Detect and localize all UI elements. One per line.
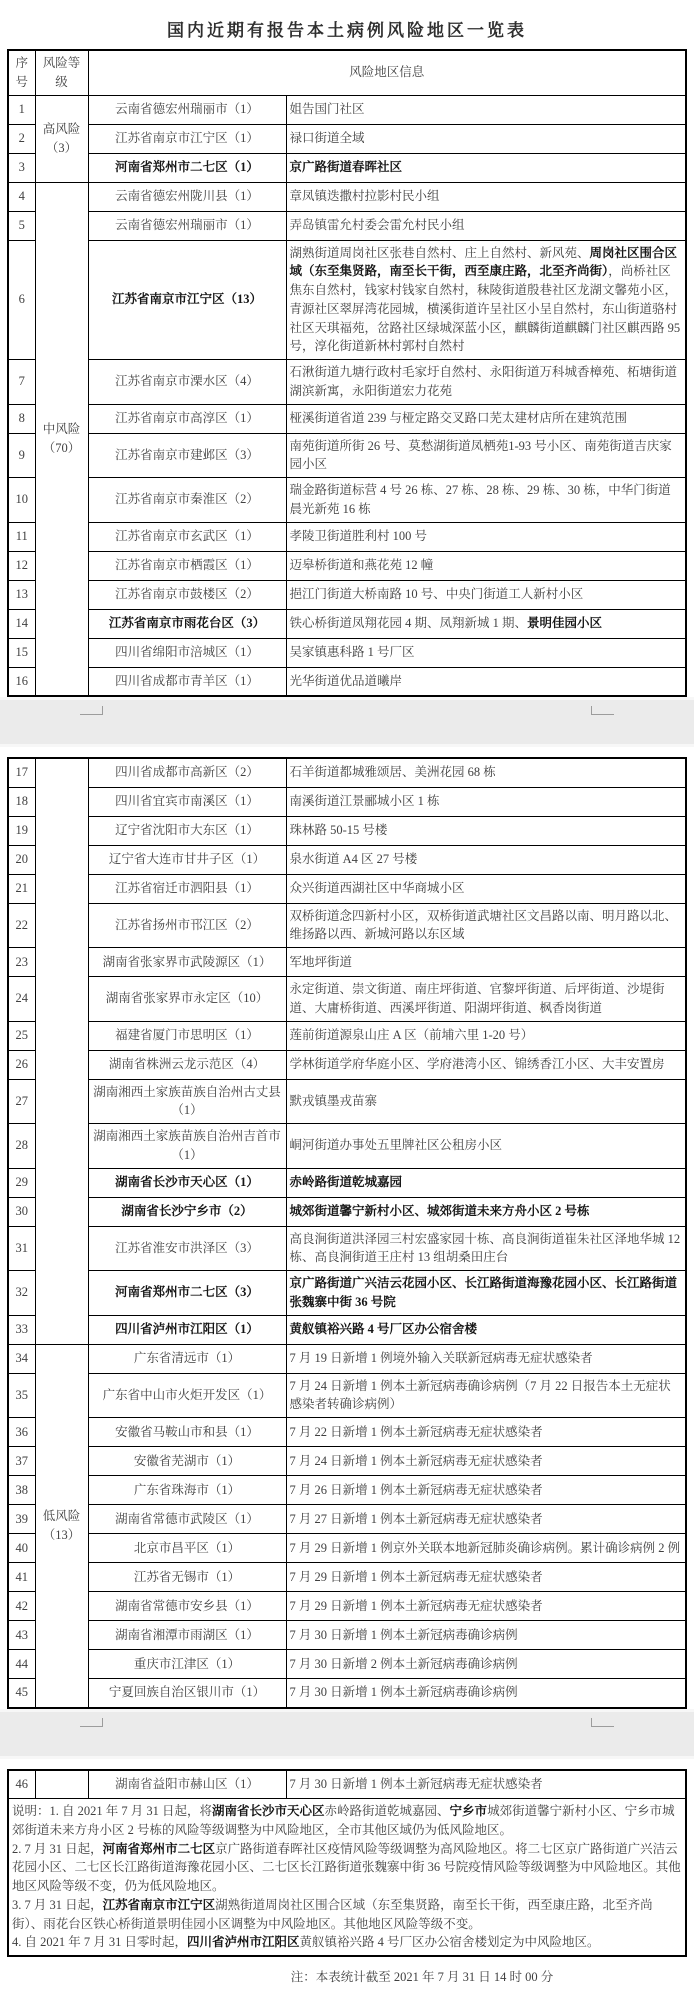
table-row: 46湖南省益阳市赫山区（1）7 月 30 日新增 1 例本土新冠病毒无症状感染者: [8, 1770, 686, 1799]
table-row: 40北京市昌平区（1）7 月 29 日新增 1 例京外关联本地新冠肺炎确诊病例。…: [8, 1534, 686, 1563]
details-text: 石湫街道九塘行政村毛家圩自然村、永阳街道万科城香樟苑、柘塘街道湖滨新寓，永阳街道…: [290, 365, 678, 398]
details-cell: 迈皋桥街道和燕花苑 12 幢: [286, 551, 686, 580]
details-cell: 7 月 30 日新增 1 例本土新冠病毒确诊病例: [286, 1621, 686, 1650]
footer-note: 注：本表统计截至 2021 年 7 月 31 日 14 时 00 分: [7, 1957, 687, 2003]
row-number-cell: 42: [8, 1592, 35, 1621]
details-text: 众兴街道西湖社区中华商城小区: [290, 881, 465, 895]
details-text: 赤岭路街道乾城嘉园: [290, 1175, 403, 1189]
region-cell: 湖南湘西土家族苗族自治州古丈县（1）: [88, 1079, 286, 1124]
row-number-cell: 21: [8, 874, 35, 903]
note-text: 黄舣镇裕兴路 4 号厂区办公宿舍楼划定为中风险地区。: [300, 1935, 600, 1949]
details-cell: 吴家镇惠科路 1 号厂区: [286, 638, 686, 667]
page-margin-mark: [80, 1718, 103, 1727]
table-row: 15四川省绵阳市涪城区（1）吴家镇惠科路 1 号厂区: [8, 638, 686, 667]
details-cell: 章凤镇迭撒村拉影村民小组: [286, 182, 686, 211]
header-serial-number: 序号: [8, 50, 35, 95]
details-text: 禄口街道全域: [290, 131, 365, 145]
details-text: 孝陵卫街道胜利村 100 号: [290, 529, 428, 543]
row-number-cell: 44: [8, 1650, 35, 1679]
details-text: 莲前街道源泉山庄 A 区（前埔六里 1-20 号）: [290, 1028, 534, 1042]
table-row: 13江苏省南京市鼓楼区（2）挹江门街道大桥南路 10 号、中央门街道工人新村小区: [8, 580, 686, 609]
risk-level-cell: 中风险 （70）: [35, 182, 88, 696]
region-cell: 湖南省常德市安乡县（1）: [88, 1592, 286, 1621]
table-row: 22江苏省扬州市邗江区（2）双桥街道念四新村小区，双桥街道武塘社区文昌路以南、明…: [8, 903, 686, 948]
region-cell: 河南省郑州市二七区（3）: [88, 1271, 286, 1316]
table-row: 26湖南省株洲云龙示范区（4）学林街道学府华庭小区、学府港湾小区、锦绣香江小区、…: [8, 1050, 686, 1079]
details-text: 7 月 22 日新增 1 例本土新冠病毒无症状感染者: [290, 1425, 543, 1439]
details-cell: 孝陵卫街道胜利村 100 号: [286, 522, 686, 551]
risk-level-cell: [35, 1770, 88, 1799]
notes-row: 说明：1. 自 2021 年 7 月 31 日起，将湖南省长沙市天心区赤岭路街道…: [8, 1799, 686, 1957]
region-cell: 河南省郑州市二七区（1）: [88, 153, 286, 182]
details-cell: 瑞金路街道标营 4 号 26 栋、27 栋、28 栋、29 栋、30 栋，中华门…: [286, 478, 686, 523]
region-cell: 四川省成都市青羊区（1）: [88, 667, 286, 696]
page-2: 17四川省成都市高新区（2）石羊街道都城雅颂居、美洲花园 68 栋18四川省宜宾…: [0, 747, 694, 1709]
page-margin-mark: [591, 706, 614, 715]
details-text: 7 月 19 日新增 1 例境外输入关联新冠病毒无症状感染者: [290, 1351, 593, 1365]
note-text: 赤岭路街道乾城嘉园、: [325, 1804, 450, 1818]
row-number-cell: 18: [8, 787, 35, 816]
row-number-cell: 10: [8, 478, 35, 523]
page-title: 国内近期有报告本土病例风险地区一览表: [7, 0, 687, 49]
table-row: 44重庆市江津区（1）7 月 30 日新增 2 例本土新冠病毒确诊病例: [8, 1650, 686, 1679]
details-cell: 弄岛镇雷允村委会雷允村民小组: [286, 211, 686, 240]
row-number-cell: 13: [8, 580, 35, 609]
details-text: 7 月 24 日新增 1 例本土新冠病毒确诊病例（7 月 22 日报告本土无症状…: [290, 1379, 671, 1412]
note-text: 河南省郑州市二七区: [103, 1842, 216, 1856]
table-row: 9江苏省南京市建邺区（3）南苑街道所街 26 号、莫愁湖街道凤栖苑1-93 号小…: [8, 433, 686, 478]
row-number-cell: 32: [8, 1271, 35, 1316]
details-cell: 军地坪街道: [286, 948, 686, 977]
details-cell: 珠林路 50-15 号楼: [286, 816, 686, 845]
note-text: 2. 7 月 31 日起，: [12, 1842, 103, 1856]
details-cell: 泉水街道 A4 区 27 号楼: [286, 845, 686, 874]
region-cell: 宁夏回族自治区银川市（1）: [88, 1679, 286, 1708]
region-cell: 湖南省常德市武陵区（1）: [88, 1505, 286, 1534]
table-row: 38广东省珠海市（1）7 月 26 日新增 1 例本土新冠病毒无症状感染者: [8, 1476, 686, 1505]
details-cell: 7 月 24 日新增 1 例本土新冠病毒确诊病例（7 月 22 日报告本土无症状…: [286, 1373, 686, 1418]
details-cell: 铁心桥街道凤翔花园 4 期、凤翔新城 1 期、景明佳园小区: [286, 609, 686, 638]
details-text: 7 月 30 日新增 1 例本土新冠病毒无症状感染者: [290, 1777, 543, 1791]
table-row: 10江苏省南京市秦淮区（2）瑞金路街道标营 4 号 26 栋、27 栋、28 栋…: [8, 478, 686, 523]
details-text: 7 月 26 日新增 1 例本土新冠病毒无症状感染者: [290, 1483, 543, 1497]
row-number-cell: 39: [8, 1505, 35, 1534]
region-cell: 湖南省张家界市武陵源区（1）: [88, 948, 286, 977]
details-text: 铁心桥街道凤翔花园 4 期、凤翔新城 1 期、: [290, 616, 528, 630]
region-cell: 云南省德宏州瑞丽市（1）: [88, 211, 286, 240]
table-row: 41江苏省无锡市（1）7 月 29 日新增 1 例本土新冠病毒无症状感染者: [8, 1563, 686, 1592]
table-row: 24湖南省张家界市永定区（10）永定街道、崇文街道、南庄坪街道、官黎坪街道、后坪…: [8, 977, 686, 1022]
details-cell: 姐告国门社区: [286, 95, 686, 124]
details-text: 军地坪街道: [290, 955, 353, 969]
note-text: 四川省泸州市江阳区: [187, 1935, 300, 1949]
details-cell: 7 月 29 日新增 1 例本土新冠病毒无症状感染者: [286, 1592, 686, 1621]
details-text: 京广路街道春晖社区: [290, 160, 403, 174]
risk-level-cell: 低风险 （13）: [35, 1344, 88, 1708]
row-number-cell: 43: [8, 1621, 35, 1650]
risk-level-cell: 高风险 （3）: [35, 95, 88, 182]
row-number-cell: 24: [8, 977, 35, 1022]
details-text: 7 月 27 日新增 1 例本土新冠病毒无症状感染者: [290, 1512, 543, 1526]
region-cell: 福建省厦门市思明区（1）: [88, 1021, 286, 1050]
row-number-cell: 19: [8, 816, 35, 845]
details-cell: 南溪街道江景郦城小区 1 栋: [286, 787, 686, 816]
row-number-cell: 9: [8, 433, 35, 478]
table-row: 16四川省成都市青羊区（1）光华街道优品道曦岸: [8, 667, 686, 696]
details-text: 景明佳园小区: [527, 616, 602, 630]
region-cell: 江苏省南京市高淳区（1）: [88, 404, 286, 433]
region-cell: 四川省绵阳市涪城区（1）: [88, 638, 286, 667]
details-cell: 桠溪街道省道 239 与桠定路交叉路口芜太建材店所在建筑范围: [286, 404, 686, 433]
details-text: 桠溪街道省道 239 与桠定路交叉路口芜太建材店所在建筑范围: [290, 411, 628, 425]
details-text: 石羊街道都城雅颂居、美洲花园 68 栋: [290, 765, 496, 779]
table-row: 37安徽省芜湖市（1）7 月 24 日新增 1 例本土新冠病毒无症状感染者: [8, 1447, 686, 1476]
row-number-cell: 45: [8, 1679, 35, 1708]
region-cell: 云南省德宏州瑞丽市（1）: [88, 95, 286, 124]
table-row: 36安徽省马鞍山市和县（1）7 月 22 日新增 1 例本土新冠病毒无症状感染者: [8, 1418, 686, 1447]
table-row: 1高风险 （3）云南省德宏州瑞丽市（1）姐告国门社区: [8, 95, 686, 124]
region-cell: 江苏省淮安市洪泽区（3）: [88, 1226, 286, 1271]
notes-cell: 说明：1. 自 2021 年 7 月 31 日起，将湖南省长沙市天心区赤岭路街道…: [8, 1799, 686, 1957]
row-number-cell: 2: [8, 124, 35, 153]
row-number-cell: 40: [8, 1534, 35, 1563]
note-line: 4. 自 2021 年 7 月 31 日零时起，四川省泸州市江阳区黄舣镇裕兴路 …: [12, 1933, 682, 1952]
details-text: 珠林路 50-15 号楼: [290, 823, 388, 837]
region-cell: 安徽省芜湖市（1）: [88, 1447, 286, 1476]
table-row: 33四川省泸州市江阳区（1）黄舣镇裕兴路 4 号厂区办公宿舍楼: [8, 1315, 686, 1344]
row-number-cell: 6: [8, 240, 35, 360]
region-cell: 江苏省南京市栖霞区（1）: [88, 551, 286, 580]
table-row: 39湖南省常德市武陵区（1）7 月 27 日新增 1 例本土新冠病毒无症状感染者: [8, 1505, 686, 1534]
details-cell: 7 月 22 日新增 1 例本土新冠病毒无症状感染者: [286, 1418, 686, 1447]
details-cell: 挹江门街道大桥南路 10 号、中央门街道工人新村小区: [286, 580, 686, 609]
details-text: 城郊街道馨宁新村小区、城郊街道未来方舟小区 2 号栋: [290, 1204, 590, 1218]
details-cell: 光华街道优品道曦岸: [286, 667, 686, 696]
details-cell: 南苑街道所街 26 号、莫愁湖街道凤栖苑1-93 号小区、南苑街道吉庆家园小区: [286, 433, 686, 478]
row-number-cell: 26: [8, 1050, 35, 1079]
page-3: 46湖南省益阳市赫山区（1）7 月 30 日新增 1 例本土新冠病毒无症状感染者…: [0, 1759, 694, 2003]
region-cell: 重庆市江津区（1）: [88, 1650, 286, 1679]
details-text: 挹江门街道大桥南路 10 号、中央门街道工人新村小区: [290, 587, 584, 601]
details-cell: 学林街道学府华庭小区、学府港湾小区、锦绣香江小区、大丰安置房: [286, 1050, 686, 1079]
details-cell: 峒河街道办事处五里牌社区公租房小区: [286, 1124, 686, 1169]
table-row: 29湖南省长沙市天心区（1）赤岭路街道乾城嘉园: [8, 1168, 686, 1197]
region-cell: 湖南省长沙市天心区（1）: [88, 1168, 286, 1197]
details-cell: 湖熟街道周岗社区张巷自然村、庄上自然村、新风苑、周岗社区围合区域（东至集贤路，南…: [286, 240, 686, 360]
details-text: 黄舣镇裕兴路 4 号厂区办公宿舍楼: [290, 1322, 478, 1336]
details-text: 7 月 29 日新增 1 例本土新冠病毒无症状感染者: [290, 1570, 543, 1584]
page-break: [0, 1709, 694, 1759]
region-cell: 江苏省宿迁市泗阳县（1）: [88, 874, 286, 903]
details-cell: 黄舣镇裕兴路 4 号厂区办公宿舍楼: [286, 1315, 686, 1344]
details-text: 湖熟街道周岗社区张巷自然村、庄上自然村、新风苑、: [290, 246, 590, 260]
table-row: 30湖南省长沙宁乡市（2）城郊街道馨宁新村小区、城郊街道未来方舟小区 2 号栋: [8, 1197, 686, 1226]
details-cell: 赤岭路街道乾城嘉园: [286, 1168, 686, 1197]
table-row: 42湖南省常德市安乡县（1）7 月 29 日新增 1 例本土新冠病毒无症状感染者: [8, 1592, 686, 1621]
details-text: 永定街道、崇文街道、南庄坪街道、官黎坪街道、后坪街道、沙堤街道、大庸桥街道、西溪…: [290, 982, 665, 1015]
details-text: 7 月 30 日新增 2 例本土新冠病毒确诊病例: [290, 1657, 518, 1671]
table-row: 6江苏省南京市江宁区（13）湖熟街道周岗社区张巷自然村、庄上自然村、新风苑、周岗…: [8, 240, 686, 360]
details-cell: 7 月 30 日新增 1 例本土新冠病毒无症状感染者: [286, 1770, 686, 1799]
details-text: 7 月 29 日新增 1 例京外关联本地新冠肺炎确诊病例。累计确诊病例 2 例: [290, 1541, 681, 1555]
details-text: 峒河街道办事处五里牌社区公租房小区: [290, 1138, 503, 1152]
region-cell: 江苏省南京市玄武区（1）: [88, 522, 286, 551]
details-cell: 7 月 29 日新增 1 例京外关联本地新冠肺炎确诊病例。累计确诊病例 2 例: [286, 1534, 686, 1563]
region-cell: 辽宁省大连市甘井子区（1）: [88, 845, 286, 874]
note-text: 江苏省南京市江宁区: [103, 1898, 216, 1912]
details-cell: 7 月 24 日新增 1 例本土新冠病毒无症状感染者: [286, 1447, 686, 1476]
details-text: 7 月 30 日新增 1 例本土新冠病毒确诊病例: [290, 1628, 518, 1642]
region-cell: 江苏省南京市鼓楼区（2）: [88, 580, 286, 609]
table-row: 43湖南省湘潭市雨湖区（1）7 月 30 日新增 1 例本土新冠病毒确诊病例: [8, 1621, 686, 1650]
table-row: 14江苏省南京市雨花台区（3）铁心桥街道凤翔花园 4 期、凤翔新城 1 期、景明…: [8, 609, 686, 638]
details-text: 京广路街道广兴洁云花园小区、长江路街道海豫花园小区、长江路街道张魏寨中街 36 …: [290, 1276, 678, 1309]
row-number-cell: 46: [8, 1770, 35, 1799]
table-row: 32河南省郑州市二七区（3）京广路街道广兴洁云花园小区、长江路街道海豫花园小区、…: [8, 1271, 686, 1316]
region-cell: 江苏省南京市秦淮区（2）: [88, 478, 286, 523]
table-row: 34低风险 （13）广东省清远市（1）7 月 19 日新增 1 例境外输入关联新…: [8, 1344, 686, 1373]
region-cell: 北京市昌平区（1）: [88, 1534, 286, 1563]
details-cell: 7 月 26 日新增 1 例本土新冠病毒无症状感染者: [286, 1476, 686, 1505]
risk-table-page-2: 17四川省成都市高新区（2）石羊街道都城雅颂居、美洲花园 68 栋18四川省宜宾…: [7, 757, 687, 1709]
page-1: 国内近期有报告本土病例风险地区一览表 序号 风险等级 风险地区信息 1高风险 （…: [0, 0, 694, 697]
region-cell: 湖南省张家界市永定区（10）: [88, 977, 286, 1022]
document: 国内近期有报告本土病例风险地区一览表 序号 风险等级 风险地区信息 1高风险 （…: [0, 0, 694, 2003]
note-line: 说明：1. 自 2021 年 7 月 31 日起，将湖南省长沙市天心区赤岭路街道…: [12, 1802, 682, 1840]
region-cell: 江苏省南京市雨花台区（3）: [88, 609, 286, 638]
table-row: 7江苏省南京市溧水区（4）石湫街道九塘行政村毛家圩自然村、永阳街道万科城香樟苑、…: [8, 360, 686, 405]
row-number-cell: 28: [8, 1124, 35, 1169]
table-row: 4中风险 （70）云南省德宏州陇川县（1）章凤镇迭撒村拉影村民小组: [8, 182, 686, 211]
region-cell: 四川省宜宾市南溪区（1）: [88, 787, 286, 816]
row-number-cell: 38: [8, 1476, 35, 1505]
table-row: 8江苏省南京市高淳区（1）桠溪街道省道 239 与桠定路交叉路口芜太建材店所在建…: [8, 404, 686, 433]
row-number-cell: 37: [8, 1447, 35, 1476]
details-text: 7 月 29 日新增 1 例本土新冠病毒无症状感染者: [290, 1599, 543, 1613]
details-text: 瑞金路街道标营 4 号 26 栋、27 栋、28 栋、29 栋、30 栋，中华门…: [290, 483, 671, 516]
details-cell: 石湫街道九塘行政村毛家圩自然村、永阳街道万科城香樟苑、柘塘街道湖滨新寓，永阳街道…: [286, 360, 686, 405]
details-cell: 7 月 19 日新增 1 例境外输入关联新冠病毒无症状感染者: [286, 1344, 686, 1373]
table-row: 28湖南湘西土家族苗族自治州吉首市（1）峒河街道办事处五里牌社区公租房小区: [8, 1124, 686, 1169]
region-cell: 江苏省南京市江宁区（1）: [88, 124, 286, 153]
region-cell: 安徽省马鞍山市和县（1）: [88, 1418, 286, 1447]
row-number-cell: 34: [8, 1344, 35, 1373]
table-row: 12江苏省南京市栖霞区（1）迈皋桥街道和燕花苑 12 幢: [8, 551, 686, 580]
region-cell: 广东省中山市火炬开发区（1）: [88, 1373, 286, 1418]
region-cell: 湖南省益阳市赫山区（1）: [88, 1770, 286, 1799]
details-cell: 石羊街道都城雅颂居、美洲花园 68 栋: [286, 758, 686, 787]
details-text: 7 月 30 日新增 1 例本土新冠病毒确诊病例: [290, 1685, 518, 1699]
details-cell: 众兴街道西湖社区中华商城小区: [286, 874, 686, 903]
row-number-cell: 30: [8, 1197, 35, 1226]
region-cell: 四川省成都市高新区（2）: [88, 758, 286, 787]
details-text: 弄岛镇雷允村委会雷允村民小组: [290, 218, 465, 232]
table-row: 20辽宁省大连市甘井子区（1）泉水街道 A4 区 27 号楼: [8, 845, 686, 874]
details-cell: 7 月 27 日新增 1 例本土新冠病毒无症状感染者: [286, 1505, 686, 1534]
details-cell: 默戎镇墨戎苗寨: [286, 1079, 686, 1124]
details-text: 默戎镇墨戎苗寨: [290, 1094, 378, 1108]
region-cell: 江苏省南京市江宁区（13）: [88, 240, 286, 360]
details-text: 学林街道学府华庭小区、学府港湾小区、锦绣香江小区、大丰安置房: [290, 1057, 665, 1071]
table-row: 27湖南湘西土家族苗族自治州古丈县（1）默戎镇墨戎苗寨: [8, 1079, 686, 1124]
table-row: 21江苏省宿迁市泗阳县（1）众兴街道西湖社区中华商城小区: [8, 874, 686, 903]
row-number-cell: 27: [8, 1079, 35, 1124]
region-cell: 湖南省湘潭市雨湖区（1）: [88, 1621, 286, 1650]
table-header-row: 序号 风险等级 风险地区信息: [8, 50, 686, 95]
header-risk-area-info: 风险地区信息: [88, 50, 686, 95]
page-break: [0, 697, 694, 747]
table-row: 2江苏省南京市江宁区（1）禄口街道全域: [8, 124, 686, 153]
row-number-cell: 16: [8, 667, 35, 696]
row-number-cell: 29: [8, 1168, 35, 1197]
row-number-cell: 33: [8, 1315, 35, 1344]
region-cell: 云南省德宏州陇川县（1）: [88, 182, 286, 211]
table-row: 17四川省成都市高新区（2）石羊街道都城雅颂居、美洲花园 68 栋: [8, 758, 686, 787]
row-number-cell: 3: [8, 153, 35, 182]
table-row: 5云南省德宏州瑞丽市（1）弄岛镇雷允村委会雷允村民小组: [8, 211, 686, 240]
details-text: 迈皋桥街道和燕花苑 12 幢: [290, 558, 434, 572]
row-number-cell: 4: [8, 182, 35, 211]
region-cell: 湖南省长沙宁乡市（2）: [88, 1197, 286, 1226]
details-cell: 7 月 29 日新增 1 例本土新冠病毒无症状感染者: [286, 1563, 686, 1592]
note-text: 4. 自 2021 年 7 月 31 日零时起，: [12, 1935, 187, 1949]
row-number-cell: 36: [8, 1418, 35, 1447]
risk-level-cell: [35, 758, 88, 1344]
row-number-cell: 12: [8, 551, 35, 580]
row-number-cell: 20: [8, 845, 35, 874]
row-number-cell: 41: [8, 1563, 35, 1592]
details-text: 双桥街道念四新村小区，双桥街道武塘社区文昌路以南、明月路以北、维扬路以西、新城河…: [290, 909, 678, 942]
region-cell: 湖南省株洲云龙示范区（4）: [88, 1050, 286, 1079]
row-number-cell: 8: [8, 404, 35, 433]
details-cell: 7 月 30 日新增 2 例本土新冠病毒确诊病例: [286, 1650, 686, 1679]
details-cell: 京广路街道广兴洁云花园小区、长江路街道海豫花园小区、长江路街道张魏寨中街 36 …: [286, 1271, 686, 1316]
row-number-cell: 17: [8, 758, 35, 787]
table-row: 11江苏省南京市玄武区（1）孝陵卫街道胜利村 100 号: [8, 522, 686, 551]
row-number-cell: 23: [8, 948, 35, 977]
header-risk-level: 风险等级: [35, 50, 88, 95]
details-cell: 双桥街道念四新村小区，双桥街道武塘社区文昌路以南、明月路以北、维扬路以西、新城河…: [286, 903, 686, 948]
details-cell: 高良涧街道洪泽园三村宏盛家园十栋、高良涧街道崔朱社区泽地华城 12 栋、高良涧街…: [286, 1226, 686, 1271]
details-text: 南苑街道所街 26 号、莫愁湖街道凤栖苑1-93 号小区、南苑街道吉庆家园小区: [290, 439, 672, 472]
note-line: 2. 7 月 31 日起，河南省郑州市二七区京广路街道春晖社区疫情风险等级调整为…: [12, 1840, 682, 1896]
region-cell: 湖南湘西土家族苗族自治州吉首市（1）: [88, 1124, 286, 1169]
details-text: 南溪街道江景郦城小区 1 栋: [290, 794, 440, 808]
details-cell: 莲前街道源泉山庄 A 区（前埔六里 1-20 号）: [286, 1021, 686, 1050]
page-margin-mark: [591, 1718, 614, 1727]
note-line: 3. 7 月 31 日起，江苏省南京市江宁区湖熟街道周岗社区围合区域（东至集贤路…: [12, 1896, 682, 1934]
details-cell: 城郊街道馨宁新村小区、城郊街道未来方舟小区 2 号栋: [286, 1197, 686, 1226]
page-margin-mark: [80, 706, 103, 715]
note-text: 3. 7 月 31 日起，: [12, 1898, 103, 1912]
region-cell: 江苏省南京市溧水区（4）: [88, 360, 286, 405]
table-row: 45宁夏回族自治区银川市（1）7 月 30 日新增 1 例本土新冠病毒确诊病例: [8, 1679, 686, 1708]
row-number-cell: 35: [8, 1373, 35, 1418]
table-row: 35广东省中山市火炬开发区（1）7 月 24 日新增 1 例本土新冠病毒确诊病例…: [8, 1373, 686, 1418]
details-text: 姐告国门社区: [290, 102, 365, 116]
details-text: 光华街道优品道曦岸: [290, 674, 403, 688]
table-row: 19辽宁省沈阳市大东区（1）珠林路 50-15 号楼: [8, 816, 686, 845]
region-cell: 辽宁省沈阳市大东区（1）: [88, 816, 286, 845]
region-cell: 江苏省扬州市邗江区（2）: [88, 903, 286, 948]
risk-table-page-3: 46湖南省益阳市赫山区（1）7 月 30 日新增 1 例本土新冠病毒无症状感染者…: [7, 1769, 687, 1958]
table-row: 3河南省郑州市二七区（1）京广路街道春晖社区: [8, 153, 686, 182]
row-number-cell: 22: [8, 903, 35, 948]
details-text: 高良涧街道洪泽园三村宏盛家园十栋、高良涧街道崔朱社区泽地华城 12 栋、高良涧街…: [290, 1232, 681, 1265]
row-number-cell: 1: [8, 95, 35, 124]
details-text: 吴家镇惠科路 1 号厂区: [290, 645, 415, 659]
row-number-cell: 31: [8, 1226, 35, 1271]
details-cell: 7 月 30 日新增 1 例本土新冠病毒确诊病例: [286, 1679, 686, 1708]
note-text: 宁乡市: [450, 1804, 488, 1818]
note-text: 湖南省长沙市天心区: [212, 1804, 325, 1818]
table-row: 25福建省厦门市思明区（1）莲前街道源泉山庄 A 区（前埔六里 1-20 号）: [8, 1021, 686, 1050]
risk-table-page-1: 序号 风险等级 风险地区信息 1高风险 （3）云南省德宏州瑞丽市（1）姐告国门社…: [7, 49, 687, 697]
region-cell: 江苏省南京市建邺区（3）: [88, 433, 286, 478]
details-cell: 京广路街道春晖社区: [286, 153, 686, 182]
details-text: 7 月 24 日新增 1 例本土新冠病毒无症状感染者: [290, 1454, 543, 1468]
table-row: 31江苏省淮安市洪泽区（3）高良涧街道洪泽园三村宏盛家园十栋、高良涧街道崔朱社区…: [8, 1226, 686, 1271]
details-cell: 永定街道、崇文街道、南庄坪街道、官黎坪街道、后坪街道、沙堤街道、大庸桥街道、西溪…: [286, 977, 686, 1022]
row-number-cell: 11: [8, 522, 35, 551]
details-text: 章凤镇迭撒村拉影村民小组: [290, 189, 440, 203]
row-number-cell: 25: [8, 1021, 35, 1050]
row-number-cell: 14: [8, 609, 35, 638]
row-number-cell: 7: [8, 360, 35, 405]
region-cell: 四川省泸州市江阳区（1）: [88, 1315, 286, 1344]
region-cell: 广东省清远市（1）: [88, 1344, 286, 1373]
details-cell: 禄口街道全域: [286, 124, 686, 153]
note-text: 说明：1. 自 2021 年 7 月 31 日起，将: [12, 1804, 212, 1818]
table-row: 23湖南省张家界市武陵源区（1）军地坪街道: [8, 948, 686, 977]
region-cell: 江苏省无锡市（1）: [88, 1563, 286, 1592]
row-number-cell: 5: [8, 211, 35, 240]
details-text: 泉水街道 A4 区 27 号楼: [290, 852, 418, 866]
region-cell: 广东省珠海市（1）: [88, 1476, 286, 1505]
row-number-cell: 15: [8, 638, 35, 667]
table-row: 18四川省宜宾市南溪区（1）南溪街道江景郦城小区 1 栋: [8, 787, 686, 816]
